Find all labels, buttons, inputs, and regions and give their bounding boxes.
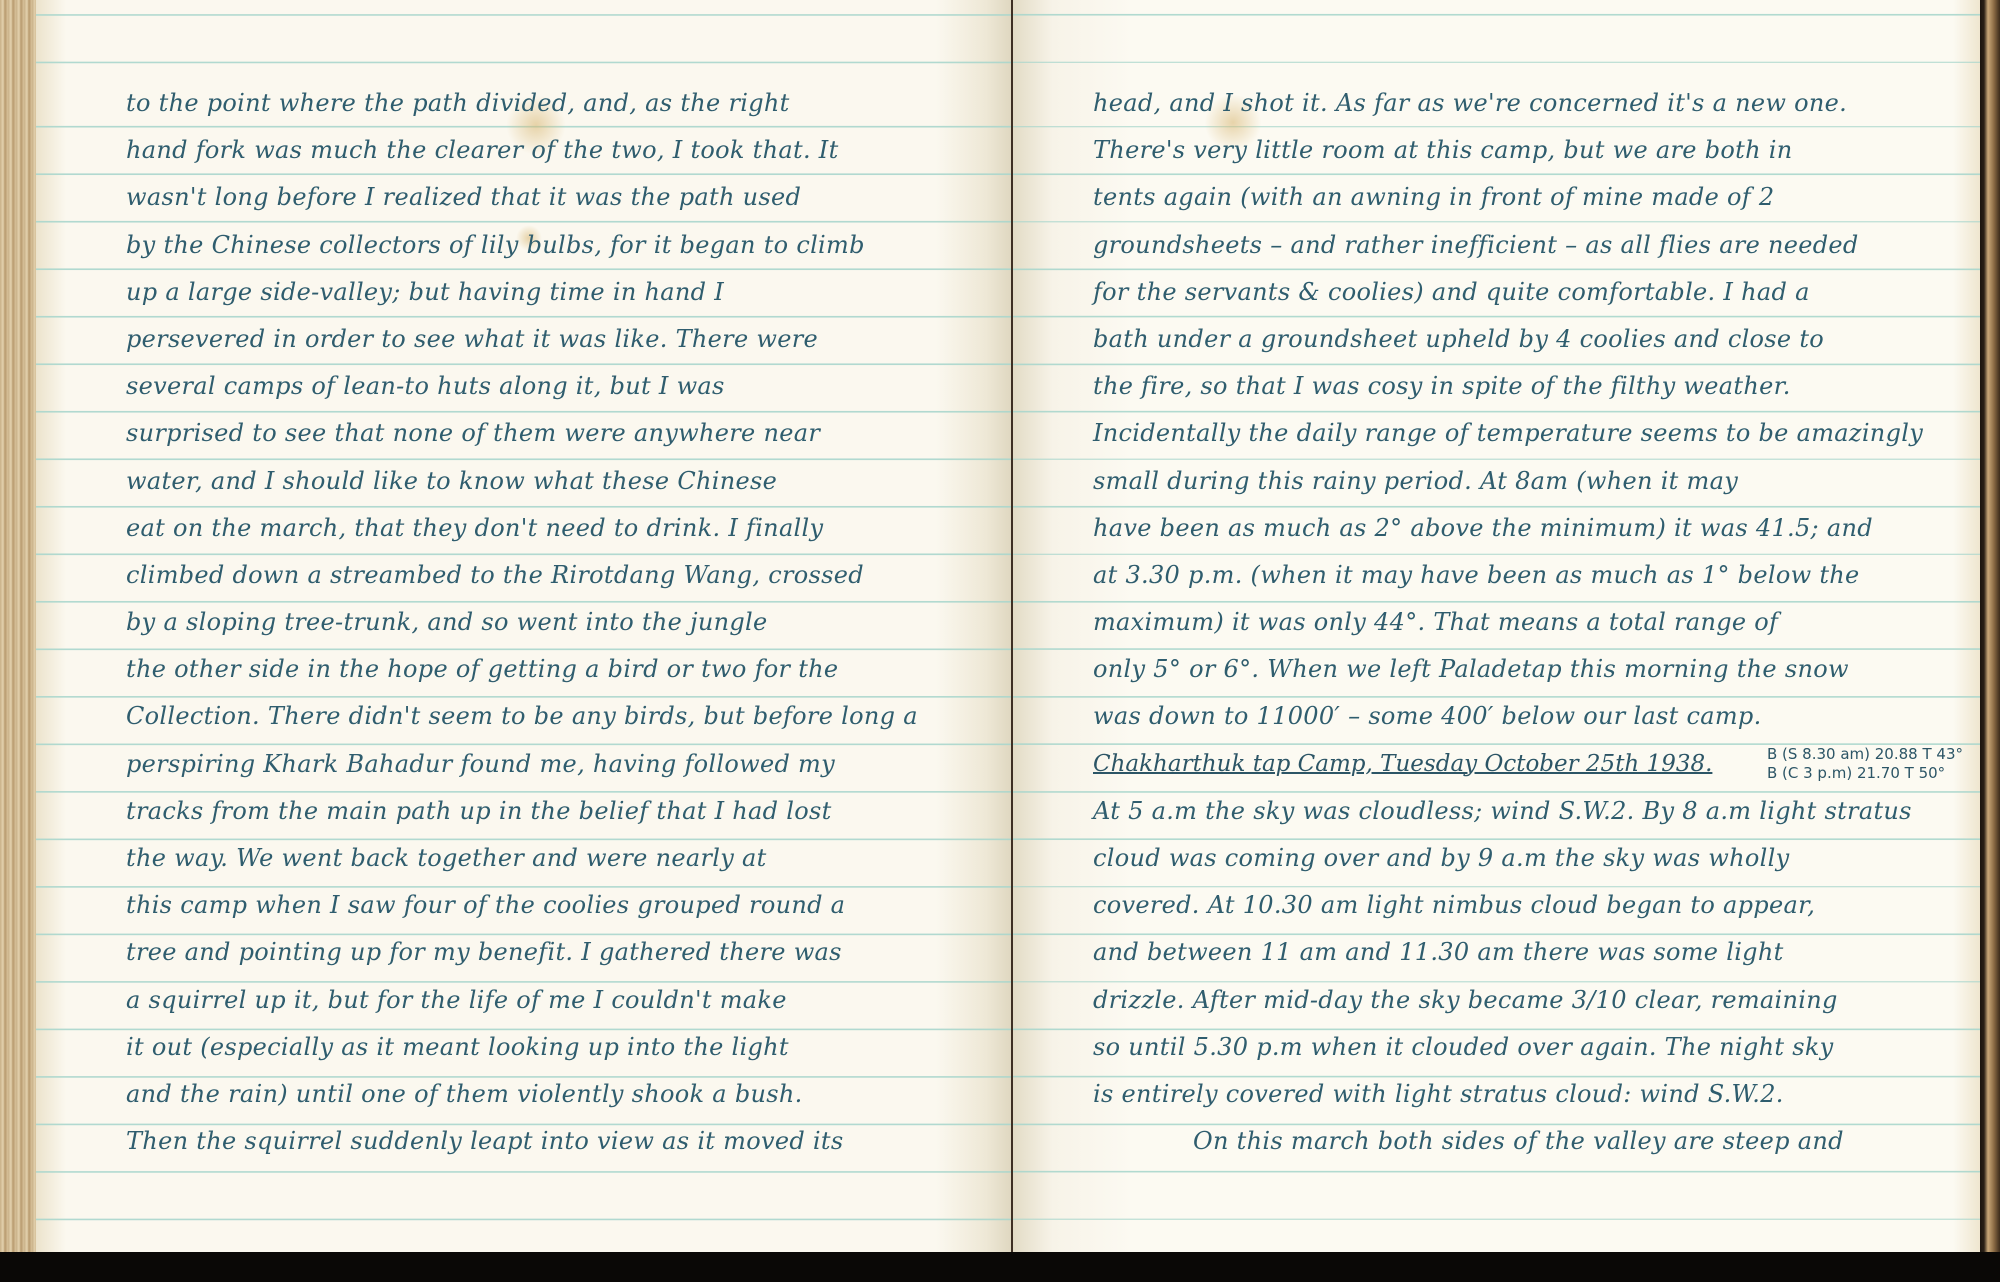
text-line: and between 11 am and 11.30 am there was… xyxy=(1093,933,1973,980)
text-line: drizzle. After mid-day the sky became 3/… xyxy=(1093,981,1973,1028)
text-line: climbed down a streambed to the Rirotdan… xyxy=(126,556,1006,603)
text-line: perspiring Khark Bahadur found me, havin… xyxy=(126,745,1006,792)
text-line: at 3.30 p.m. (when it may have been as m… xyxy=(1093,556,1973,603)
text-line: persevered in order to see what it was l… xyxy=(126,320,1006,367)
text-line: On this march both sides of the valley a… xyxy=(1093,1122,1973,1169)
text-line: for the servants & coolies) and quite co… xyxy=(1093,273,1973,320)
text-line: tree and pointing up for my benefit. I g… xyxy=(126,933,1006,980)
text-line: Incidentally the daily range of temperat… xyxy=(1093,414,1973,461)
barometer-reading-afternoon: B (C 3 p.m) 21.70 T 50° xyxy=(1767,764,1963,783)
text-line: hand fork was much the clearer of the tw… xyxy=(126,131,1006,178)
page-stack-edge-left xyxy=(0,0,36,1252)
text-line: small during this rainy period. At 8am (… xyxy=(1093,462,1973,509)
text-line: is entirely covered with light stratus c… xyxy=(1093,1075,1973,1122)
text-line: was down to 11000′ – some 400′ below our… xyxy=(1093,697,1973,744)
text-line: this camp when I saw four of the coolies… xyxy=(126,886,1006,933)
text-line: covered. At 10.30 am light nimbus cloud … xyxy=(1093,886,1973,933)
text-line: by the Chinese collectors of lily bulbs,… xyxy=(126,226,1006,273)
text-line: up a large side-valley; but having time … xyxy=(126,273,1006,320)
entry-heading-row: Chakharthuk tap Camp, Tuesday October 25… xyxy=(1093,745,1973,792)
text-line: There's very little room at this camp, b… xyxy=(1093,131,1973,178)
barometer-reading-morning: B (S 8.30 am) 20.88 T 43° xyxy=(1767,745,1963,764)
text-line: the fire, so that I was cosy in spite of… xyxy=(1093,367,1973,414)
text-line: bath under a groundsheet upheld by 4 coo… xyxy=(1093,320,1973,367)
text-line: eat on the march, that they don't need t… xyxy=(126,509,1006,556)
text-line: a squirrel up it, but for the life of me… xyxy=(126,981,1006,1028)
text-line: Then the squirrel suddenly leapt into vi… xyxy=(126,1122,1006,1169)
left-page: to the point where the path divided, and… xyxy=(36,0,1013,1252)
text-line: groundsheets – and rather inefficient – … xyxy=(1093,226,1973,273)
left-page-text: to the point where the path divided, and… xyxy=(126,84,1006,1169)
text-line: water, and I should like to know what th… xyxy=(126,462,1006,509)
barometer-readings: B (S 8.30 am) 20.88 T 43° B (C 3 p.m) 21… xyxy=(1767,745,1963,783)
text-line: only 5° or 6°. When we left Paladetap th… xyxy=(1093,650,1973,697)
text-line: tracks from the main path up in the beli… xyxy=(126,792,1006,839)
text-line: tents again (with an awning in front of … xyxy=(1093,178,1973,225)
entry-heading: Chakharthuk tap Camp, Tuesday October 25… xyxy=(1093,751,1712,777)
page-stack-edge-right xyxy=(1980,0,2000,1252)
text-line: the other side in the hope of getting a … xyxy=(126,650,1006,697)
text-line: head, and I shot it. As far as we're con… xyxy=(1093,84,1973,131)
text-line: to the point where the path divided, and… xyxy=(126,84,1006,131)
text-line: by a sloping tree-trunk, and so went int… xyxy=(126,603,1006,650)
text-line: cloud was coming over and by 9 a.m the s… xyxy=(1093,839,1973,886)
text-line: so until 5.30 p.m when it clouded over a… xyxy=(1093,1028,1973,1075)
notebook-spread: to the point where the path divided, and… xyxy=(0,0,2000,1252)
text-line: wasn't long before I realized that it wa… xyxy=(126,178,1006,225)
text-line: the way. We went back together and were … xyxy=(126,839,1006,886)
right-page: head, and I shot it. As far as we're con… xyxy=(1013,0,1980,1252)
text-line: have been as much as 2° above the minimu… xyxy=(1093,509,1973,556)
text-line: maximum) it was only 44°. That means a t… xyxy=(1093,603,1973,650)
text-line: and the rain) until one of them violentl… xyxy=(126,1075,1006,1122)
text-line: Collection. There didn't seem to be any … xyxy=(126,697,1006,744)
text-line: several camps of lean-to huts along it, … xyxy=(126,367,1006,414)
right-page-text: head, and I shot it. As far as we're con… xyxy=(1093,84,1973,1169)
text-line: surprised to see that none of them were … xyxy=(126,414,1006,461)
background-surface xyxy=(0,1252,2000,1282)
text-line: At 5 a.m the sky was cloudless; wind S.W… xyxy=(1093,792,1973,839)
text-line: it out (especially as it meant looking u… xyxy=(126,1028,1006,1075)
